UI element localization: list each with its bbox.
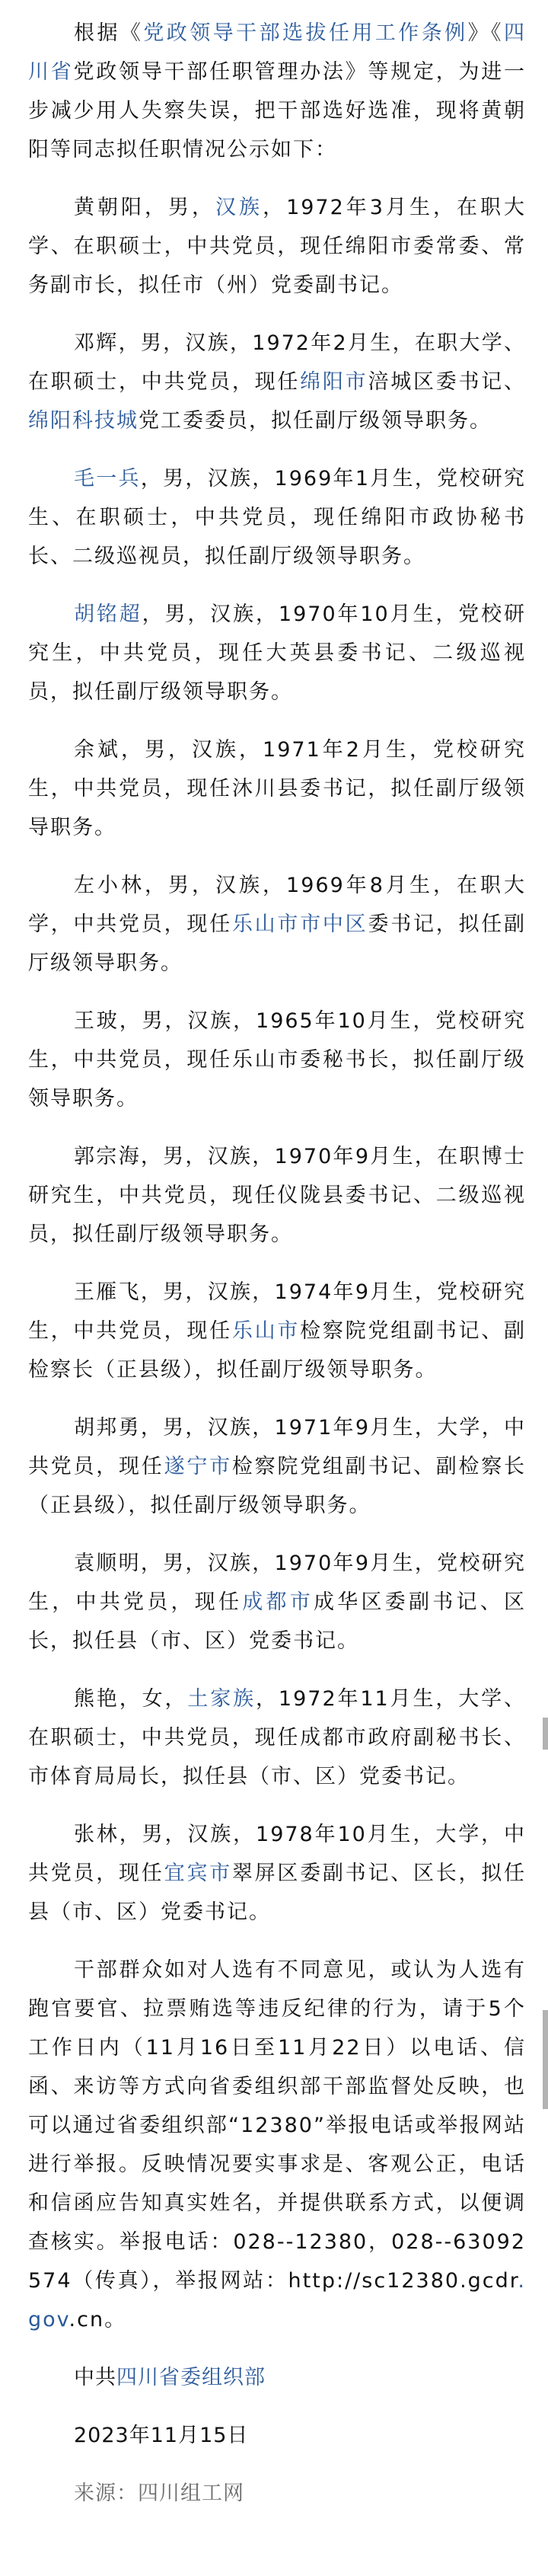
- candidate-paragraph: 余斌，男，汉族，1971年2月生，党校研究生，中共党员，现任沐川县委书记，拟任副…: [28, 730, 526, 847]
- inline-text: 根据《: [74, 21, 143, 45]
- inline-text: 党工委委员，拟任副厅级领导职务。: [139, 409, 492, 433]
- signature-org: 中共四川省委组织部: [28, 2358, 526, 2397]
- candidate-paragraph: 王玻，男，汉族，1965年10月生，党校研究生，中共党员，现任乐山市委秘书长，拟…: [28, 1002, 526, 1118]
- scrollbar-thumb[interactable]: [543, 2010, 548, 2109]
- candidate-list: 黄朝阳，男，汉族，1972年3月生，在职大学、在职硕士，中共党员，现任绵阳市委常…: [28, 188, 526, 1932]
- candidate-paragraph: 黄朝阳，男，汉族，1972年3月生，在职大学、在职硕士，中共党员，现任绵阳市委常…: [28, 188, 526, 305]
- inline-keyword-link[interactable]: 四川省委组织部: [116, 2366, 266, 2389]
- inline-keyword-link[interactable]: 绵阳市: [300, 370, 368, 394]
- inline-keyword-link[interactable]: 汉族: [215, 196, 263, 219]
- candidate-paragraph: 邓辉，男，汉族，1972年2月生，在职大学、在职硕士，中共党员，现任绵阳市涪城区…: [28, 324, 526, 440]
- intro-paragraph: 根据《党政领导干部选拔任用工作条例》《四川省党政领导干部任职管理办法》等规定，为…: [28, 14, 526, 169]
- inline-keyword-link[interactable]: 绵阳科技城: [28, 409, 139, 433]
- candidate-paragraph: 胡邦勇，男，汉族，1971年9月生，大学，中共党员，现任遂宁市检察院党组副书记、…: [28, 1408, 526, 1525]
- inline-keyword-link[interactable]: 乐山市市中区: [232, 912, 368, 936]
- scrollbar-thumb[interactable]: [543, 1718, 548, 1750]
- candidate-paragraph: 袁顺明，男，汉族，1970年9月生，党校研究生，中共党员，现任成都市成华区委副书…: [28, 1544, 526, 1660]
- inline-keyword-link[interactable]: 乐山市: [232, 1319, 300, 1343]
- inline-text: 王玻，男，汉族，1965年10月生，党校研究生，中共党员，现任乐山市委秘书长，拟…: [28, 1009, 526, 1111]
- inline-keyword-link[interactable]: 党政领导干部选拔任用工作条例: [143, 21, 467, 45]
- inline-text: 》《: [468, 21, 504, 45]
- inline-keyword-link[interactable]: 宜宾市: [164, 1862, 232, 1885]
- inline-keyword-link[interactable]: 成都市: [242, 1590, 314, 1614]
- inline-text: 涪城区委书记、: [368, 370, 526, 394]
- article-body: 根据《党政领导干部选拔任用工作条例》《四川省党政领导干部任职管理办法》等规定，为…: [28, 14, 526, 2532]
- inline-text: 熊艳，女，: [74, 1687, 187, 1711]
- candidate-paragraph: 郭宗海，男，汉族，1970年9月生，在职博士研究生，中共党员，现任仪陇县委书记、…: [28, 1137, 526, 1254]
- candidate-paragraph: 王雁飞，男，汉族，1974年9月生，党校研究生，中共党员，现任乐山市检察院党组副…: [28, 1273, 526, 1389]
- inline-keyword-link[interactable]: 胡铭超: [74, 602, 142, 626]
- candidate-paragraph: 熊艳，女，土家族，1972年11月生，大学、在职硕士，中共党员，现任成都市政府副…: [28, 1680, 526, 1796]
- inline-text: 中共: [74, 2366, 116, 2389]
- inline-text: 余斌，男，汉族，1971年2月生，党校研究生，中共党员，现任沐川县委书记，拟任副…: [28, 738, 526, 839]
- candidate-paragraph: 张林，男，汉族，1978年10月生，大学，中共党员，现任宜宾市翠屏区委副书记、区…: [28, 1815, 526, 1932]
- candidate-paragraph: 左小林，男，汉族，1969年8月生，在职大学，中共党员，现任乐山市市中区委书记，…: [28, 866, 526, 983]
- candidate-paragraph: 胡铭超，男，汉族，1970年10月生，党校研究生，中共党员，现任大英县委书记、二…: [28, 595, 526, 711]
- signature-date: 2023年11月15日: [28, 2416, 526, 2455]
- inline-text: 干部群众如对人选有不同意见，或认为人选有跑官要官、拉票贿选等违反纪律的行为，请于…: [28, 1958, 526, 2293]
- inline-keyword-link[interactable]: 土家族: [187, 1687, 256, 1711]
- inline-text: 黄朝阳，男，: [74, 196, 215, 219]
- candidate-paragraph: 毛一兵，男，汉族，1969年1月生，党校研究生、在职硕士，中共党员，现任绵阳市政…: [28, 459, 526, 576]
- inline-keyword-link[interactable]: 毛一兵: [74, 467, 141, 491]
- notice-paragraph: 干部群众如对人选有不同意见，或认为人选有跑官要官、拉票贿选等违反纪律的行为，请于…: [28, 1951, 526, 2339]
- inline-text: .cn。: [69, 2308, 127, 2332]
- inline-keyword-link[interactable]: 遂宁市: [164, 1455, 232, 1478]
- source-label: 来源：四川组工网: [28, 2474, 526, 2513]
- inline-text: 郭宗海，男，汉族，1970年9月生，在职博士研究生，中共党员，现任仪陇县委书记、…: [28, 1145, 526, 1246]
- inline-text: 党政领导干部任职管理办法》等规定，为进一步减少用人失察失误，把干部选好选准，现将…: [28, 60, 526, 161]
